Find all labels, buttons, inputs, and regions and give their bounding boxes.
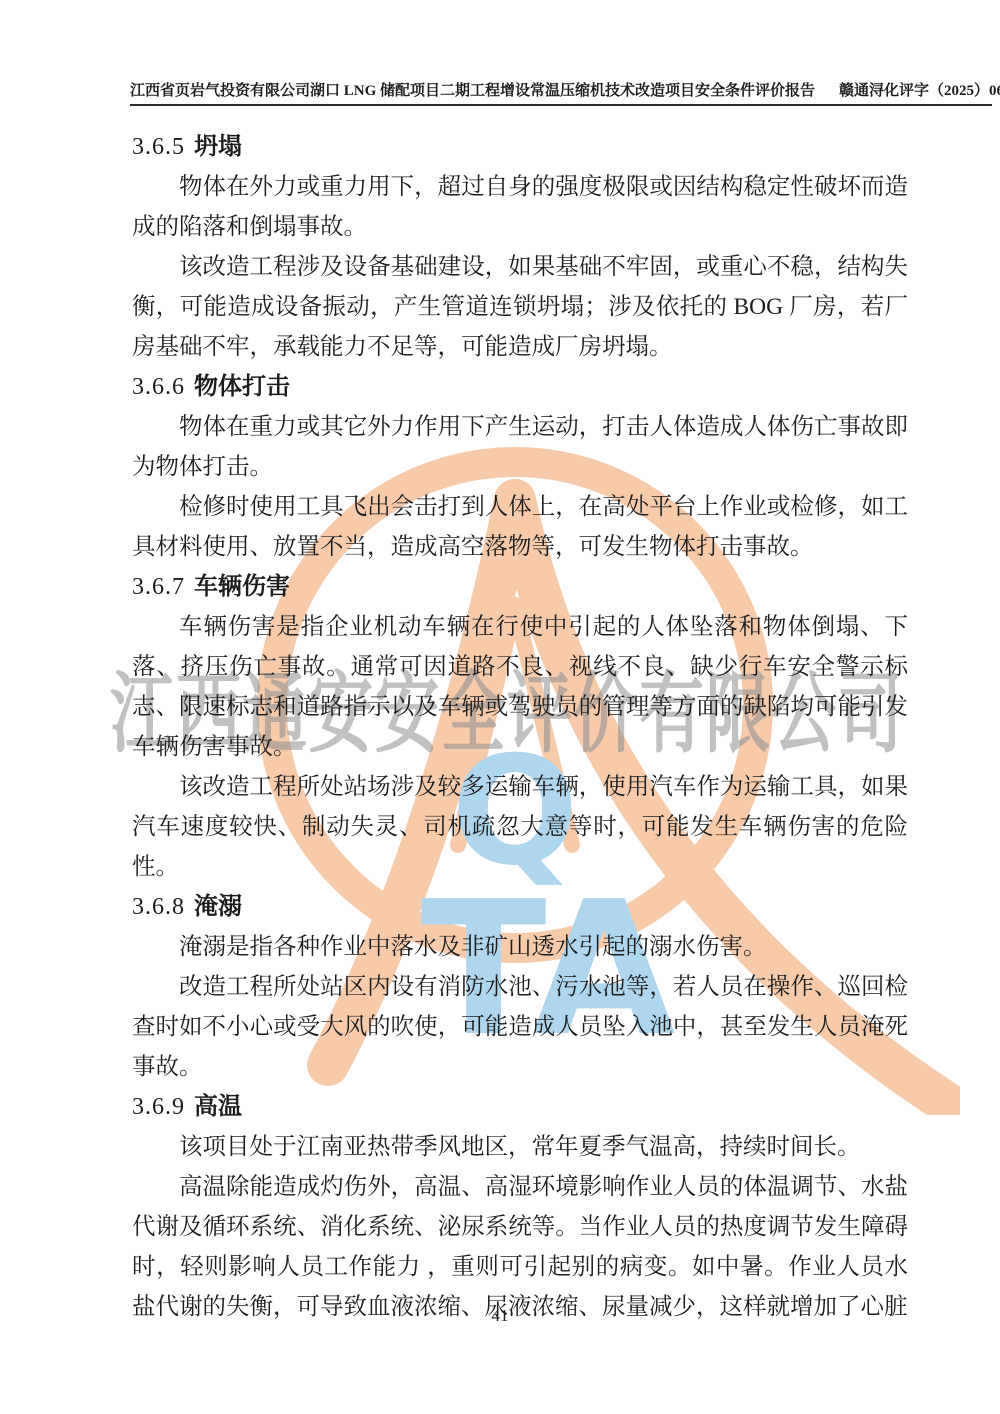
paragraph: 物体在外力或重力用下，超过自身的强度极限或因结构稳定性破坏而造成的陷落和倒塌事故… — [132, 167, 908, 247]
section-heading: 3.6.6物体打击 — [132, 367, 908, 407]
document-body: 3.6.5坍塌 物体在外力或重力用下，超过自身的强度极限或因结构稳定性破坏而造成… — [132, 127, 908, 1327]
section-vehicle-injury: 3.6.7车辆伤害 车辆伤害是指企业机动车辆在行使中引起的人体坠落和物体倒塌、下… — [132, 567, 908, 887]
paragraph: 该改造工程涉及设备基础建设，如果基础不牢固，或重心不稳，结构失衡，可能造成设备振… — [132, 247, 908, 367]
section-title: 物体打击 — [194, 373, 290, 400]
section-title: 高温 — [194, 1093, 242, 1120]
section-number: 3.6.7 — [132, 574, 185, 600]
paragraph: 物体在重力或其它外力作用下产生运动，打击人体造成人体伤亡事故即为物体打击。 — [132, 407, 908, 487]
paragraph: 淹溺是指各种作业中落水及非矿山透水引起的溺水伤害。 — [132, 927, 908, 967]
section-heading: 3.6.8淹溺 — [132, 887, 908, 927]
paragraph: 车辆伤害是指企业机动车辆在行使中引起的人体坠落和物体倒塌、下落、挤压伤亡事故。通… — [132, 607, 908, 767]
header-title: 江西省页岩气投资有限公司湖口 LNG 储配项目二期工程增设常温压缩机技术改造项目… — [130, 79, 815, 100]
section-heading: 3.6.5坍塌 — [132, 127, 908, 167]
paragraph: 检修时使用工具飞出会击打到人体上，在高处平台上作业或检修，如工具材料使用、放置不… — [132, 487, 908, 567]
paragraph: 改造工程所处站区内设有消防水池、污水池等，若人员在操作、巡回检查时如不小心或受大… — [132, 967, 908, 1087]
paragraph: 该改造工程所处站场涉及较多运输车辆，使用汽车作为运输工具，如果汽车速度较快、制动… — [132, 767, 908, 887]
section-collapse: 3.6.5坍塌 物体在外力或重力用下，超过自身的强度极限或因结构稳定性破坏而造成… — [132, 127, 908, 367]
section-number: 3.6.8 — [132, 894, 185, 920]
section-title: 车辆伤害 — [194, 573, 290, 600]
paragraph: 该项目处于江南亚热带季风地区，常年夏季气温高，持续时间长。 — [132, 1127, 908, 1167]
section-heading: 3.6.9高温 — [132, 1087, 908, 1127]
section-number: 3.6.6 — [132, 374, 185, 400]
page-number: 41 — [0, 1306, 1000, 1326]
section-number: 3.6.9 — [132, 1094, 185, 1120]
paragraph: 高温除能造成灼伤外，高温、高湿环境影响作业人员的体温调节、水盐代谢及循环系统、消… — [132, 1167, 908, 1327]
section-high-temperature: 3.6.9高温 该项目处于江南亚热带季风地区，常年夏季气温高，持续时间长。 高温… — [132, 1087, 908, 1327]
section-drowning: 3.6.8淹溺 淹溺是指各种作业中落水及非矿山透水引起的溺水伤害。 改造工程所处… — [132, 887, 908, 1087]
header-doc-number: 赣通浔化评字（2025）061号 — [839, 79, 1000, 100]
doc-header: 江西省页岩气投资有限公司湖口 LNG 储配项目二期工程增设常温压缩机技术改造项目… — [130, 79, 992, 106]
section-object-strike: 3.6.6物体打击 物体在重力或其它外力作用下产生运动，打击人体造成人体伤亡事故… — [132, 367, 908, 567]
section-number: 3.6.5 — [132, 134, 185, 160]
section-title: 淹溺 — [194, 893, 242, 920]
document-page: Q TA 江西通安安全评价有限公司 江西省页岩气投资有限公司湖口 LNG 储配项… — [0, 0, 1000, 1414]
section-title: 坍塌 — [194, 133, 242, 160]
section-heading: 3.6.7车辆伤害 — [132, 567, 908, 607]
